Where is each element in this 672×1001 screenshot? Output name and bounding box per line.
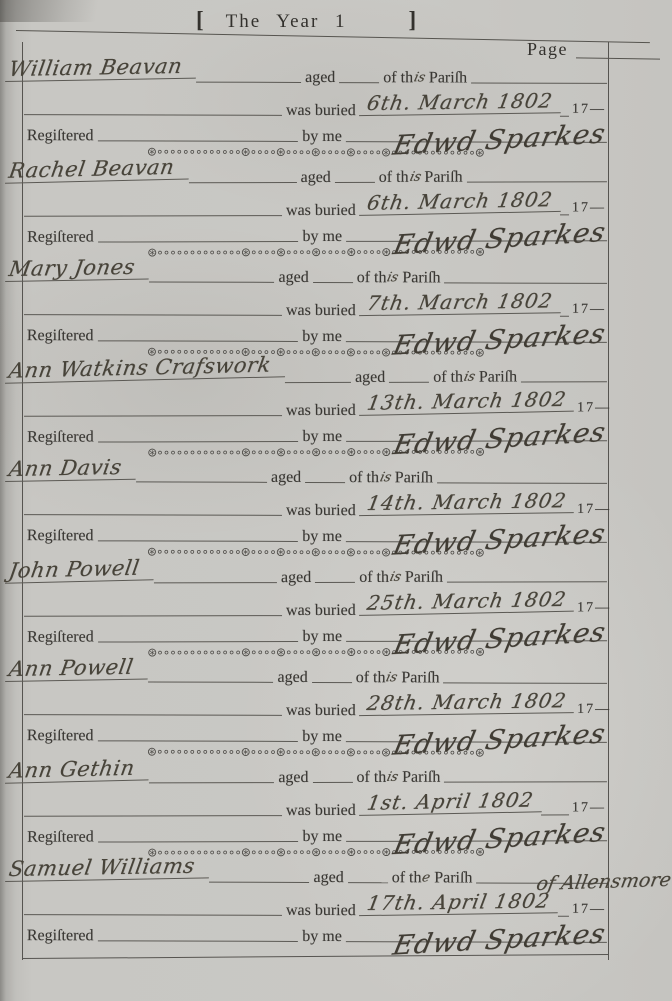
- rule-line: [98, 740, 299, 742]
- by-me-label: by me: [302, 528, 342, 546]
- rule-line: [98, 340, 299, 342]
- buried-row: was buried 6th. March 1802 17—: [23, 87, 608, 122]
- burial-entry: John Powell aged of th is Pariſh was bur…: [23, 553, 608, 654]
- name-handwritten: Ann Powell: [5, 655, 151, 683]
- name-row: Ann Gethin aged of th is Pariſh: [23, 753, 608, 788]
- th-suffix-handwritten: is: [385, 670, 400, 685]
- of-th-label: of th: [392, 869, 422, 887]
- was-buried-label: was buried: [286, 502, 356, 520]
- aged-blank-line: [315, 582, 355, 583]
- aged-label: aged: [278, 269, 308, 287]
- burial-date-handwritten: 28th. March 1802: [359, 688, 579, 716]
- rule-line: [98, 940, 299, 942]
- aged-blank-line: [313, 282, 353, 283]
- rule-line: [98, 140, 299, 142]
- by-me-label: by me: [302, 428, 342, 446]
- buried-row: was buried 7th. March 1802 17—: [23, 287, 608, 322]
- by-me-label: by me: [302, 128, 342, 146]
- parish-label: Pariſh: [479, 369, 517, 387]
- registered-label: Regiſtered: [27, 727, 94, 745]
- parish-blank-line: [471, 82, 607, 83]
- burial-date-handwritten: 6th. March 1802: [359, 88, 565, 116]
- name-handwritten: Mary Jones: [5, 254, 153, 282]
- parish-label: Pariſh: [402, 269, 440, 287]
- name-handwritten: William Beavan: [5, 54, 200, 82]
- buried-row: was buried 6th. March 1802 17—: [23, 187, 608, 221]
- by-me-label: by me: [302, 728, 342, 746]
- parish-blank-line: [437, 482, 607, 484]
- was-buried-label: was buried: [286, 802, 356, 820]
- th-suffix-handwritten: is: [412, 70, 427, 85]
- bottom-rule-line: [22, 954, 609, 959]
- th-suffix-handwritten: is: [388, 570, 403, 585]
- name-row: Ann Powell aged of th is Pariſh: [23, 653, 608, 689]
- burial-date-handwritten: 13th. March 1802: [359, 387, 578, 416]
- registered-label: Regiſtered: [27, 829, 94, 847]
- aged-blank-line: [312, 682, 352, 683]
- aged-blank-line: [348, 882, 388, 883]
- year-prefix-label: 17—: [572, 200, 606, 216]
- year-prefix-label: 17—: [577, 502, 611, 518]
- buried-row: was buried 17th. April 1802 17—: [23, 887, 608, 922]
- burial-entry: Ann Gethin aged of th is Pariſh was buri…: [23, 753, 608, 854]
- burial-entry: William Beavan aged of th is Pariſh was …: [23, 53, 608, 155]
- year-prefix-label: 17—: [577, 702, 611, 718]
- registered-label: Regiſtered: [27, 429, 94, 447]
- parish-label: Pariſh: [429, 69, 467, 87]
- register-form-box: William Beavan aged of th is Pariſh was …: [22, 42, 609, 960]
- rule-line: [136, 481, 267, 482]
- parish-blank-line: [447, 581, 607, 582]
- burial-entry: Ann Davis aged of th is Pariſh was burie…: [23, 453, 608, 555]
- was-buried-label: was buried: [286, 302, 356, 320]
- th-suffix-handwritten: is: [378, 470, 393, 485]
- name-row: Mary Jones aged of th is Pariſh: [23, 253, 608, 289]
- rule-line: [149, 782, 274, 783]
- entries: William Beavan aged of th is Pariſh was …: [23, 54, 608, 954]
- rule-line: [148, 681, 274, 682]
- of-th-label: of th: [356, 769, 386, 787]
- by-me-label: by me: [302, 328, 342, 346]
- rule-line: [98, 841, 299, 842]
- rule-line: [98, 241, 299, 242]
- aged-label: aged: [277, 669, 307, 687]
- name-row: Samuel Williams aged of th e Pariſh of A…: [23, 853, 608, 889]
- aged-label: aged: [281, 569, 311, 587]
- name-row: Rachel Beavan aged of th is Pariſh: [23, 153, 608, 188]
- registered-row: Regiſtered by me Edwd Sparkes: [23, 920, 608, 948]
- rule-line: [24, 415, 282, 417]
- of-th-label: of th: [349, 469, 379, 487]
- buried-row: was buried 1st. April 1802 17—: [23, 787, 608, 821]
- name-row: John Powell aged of th is Pariſh: [23, 553, 608, 588]
- aged-label: aged: [271, 469, 301, 487]
- burial-entry: Ann Watkins Crafswork aged of th is Pari…: [23, 353, 608, 454]
- rule-line: [24, 714, 282, 716]
- rule-line: [197, 82, 302, 83]
- by-me-label: by me: [302, 628, 342, 646]
- burial-entry: Ann Powell aged of th is Pariſh was buri…: [23, 653, 608, 755]
- of-th-label: of th: [383, 69, 413, 87]
- parish-label: Pariſh: [434, 869, 472, 887]
- was-buried-label: was buried: [286, 902, 356, 920]
- registered-row: Regiſtered by me Edwd Sparkes: [23, 220, 608, 247]
- year-prefix-label: 17—: [577, 400, 611, 416]
- burial-entry: Rachel Beavan aged of th is Pariſh was b…: [23, 153, 608, 254]
- year-title-line: [The Year 1]: [196, 7, 418, 33]
- registered-row: Regiſtered by me Edwd Sparkes: [23, 420, 608, 447]
- rule-line: [541, 814, 569, 815]
- was-buried-label: was buried: [286, 602, 356, 620]
- burial-date-handwritten: 1st. April 1802: [359, 787, 546, 816]
- name-row: Ann Watkins Crafswork aged of th is Pari…: [23, 353, 608, 388]
- scanned-register-page: [The Year 1] Page William Beavan aged of…: [0, 0, 672, 1001]
- was-buried-label: was buried: [286, 202, 356, 220]
- rule-line: [24, 615, 282, 617]
- of-th-label: of th: [357, 269, 387, 287]
- burial-date-handwritten: 14th. March 1802: [359, 488, 579, 516]
- rule-line: [24, 815, 282, 817]
- by-me-label: by me: [302, 928, 342, 946]
- rule-line: [24, 514, 282, 516]
- aged-label: aged: [305, 69, 335, 87]
- parish-blank-line: [444, 781, 607, 782]
- rule-line: [189, 182, 297, 183]
- th-suffix-handwritten: is: [462, 370, 477, 385]
- aged-label: aged: [301, 169, 331, 187]
- year-prefix-label: 17—: [572, 302, 606, 318]
- aged-blank-line: [389, 382, 429, 383]
- rule-line: [209, 882, 309, 883]
- year-prefix-label: 17—: [572, 102, 606, 118]
- rule-line: [24, 314, 282, 316]
- buried-row: was buried 28th. March 1802 17—: [23, 687, 608, 722]
- registered-row: Regiſtered by me Edwd Sparkes: [23, 120, 608, 148]
- registered-label: Regiſtered: [27, 127, 94, 145]
- th-suffix-handwritten: is: [385, 770, 400, 785]
- rule-line: [285, 382, 351, 383]
- th-suffix-handwritten: is: [386, 270, 401, 285]
- year-title: The Year 1: [226, 11, 347, 32]
- of-th-label: of th: [379, 169, 409, 187]
- registered-row: Regiſtered by me Edwd Sparkes: [23, 320, 608, 348]
- parish-label: Pariſh: [402, 769, 440, 787]
- of-th-label: of th: [359, 569, 389, 587]
- rule-line: [24, 914, 282, 916]
- buried-row: was buried 25th. March 1802 17—: [23, 587, 608, 621]
- name-handwritten: Samuel Williams: [5, 853, 213, 882]
- th-suffix-handwritten: is: [408, 170, 423, 185]
- was-buried-label: was buried: [286, 402, 356, 420]
- registered-row: Regiſtered by me Edwd Sparkes: [23, 720, 608, 748]
- parish-blank-line: [467, 181, 607, 182]
- rule-line: [149, 281, 274, 282]
- name-handwritten: Rachel Beavan: [5, 154, 192, 183]
- burial-date-handwritten: 25th. March 1802: [359, 587, 578, 616]
- scan-corner-shadow: [0, 0, 120, 22]
- registered-row: Regiſtered by me Edwd Sparkes: [23, 520, 608, 548]
- burial-entry: Samuel Williams aged of th e Pariſh of A…: [23, 853, 608, 955]
- parish-label: Pariſh: [405, 569, 443, 587]
- burial-date-handwritten: 17th. April 1802: [359, 888, 562, 916]
- th-suffix-handwritten: e: [421, 870, 432, 885]
- rule-line: [98, 441, 299, 442]
- by-me-label: by me: [302, 828, 342, 846]
- year-prefix-label: 17—: [572, 902, 606, 918]
- name-handwritten: Ann Gethin: [5, 755, 153, 783]
- was-buried-label: was buried: [286, 702, 356, 720]
- aged-label: aged: [278, 769, 308, 787]
- right-bracket: ]: [409, 7, 419, 32]
- parish-note-handwritten: of Allensmore: [534, 869, 672, 895]
- buried-row: was buried 13th. March 1802 17—: [23, 387, 608, 421]
- aged-blank-line: [313, 782, 353, 783]
- rule-line: [98, 540, 299, 542]
- name-row: Ann Davis aged of th is Pariſh: [23, 453, 608, 489]
- name-handwritten: John Powell: [5, 555, 157, 583]
- by-me-label: by me: [302, 228, 342, 246]
- registered-label: Regiſtered: [27, 927, 94, 945]
- rule-line: [560, 116, 569, 117]
- name-handwritten: Ann Davis: [5, 455, 140, 482]
- rule-line: [558, 916, 569, 917]
- name-handwritten: Ann Watkins Crafswork: [5, 352, 289, 384]
- aged-blank-line: [339, 82, 379, 83]
- burial-entry: Mary Jones aged of th is Pariſh was buri…: [23, 253, 608, 355]
- rule-line: [560, 316, 569, 317]
- registered-row: Regiſtered by me Edwd Sparkes: [23, 820, 608, 847]
- rule-line: [24, 215, 282, 217]
- parish-blank-line: [444, 682, 608, 684]
- aged-blank-line: [305, 482, 345, 483]
- aged-label: aged: [355, 369, 385, 387]
- registered-label: Regiſtered: [27, 629, 94, 647]
- of-th-label: of th: [356, 669, 386, 687]
- registered-label: Regiſtered: [27, 527, 94, 545]
- burial-date-handwritten: 7th. March 1802: [359, 288, 565, 316]
- parish-blank-line: [521, 381, 607, 382]
- of-th-label: of th: [433, 369, 463, 387]
- was-buried-label: was buried: [286, 102, 356, 120]
- rule-line: [154, 582, 277, 583]
- rule-line: [560, 214, 569, 215]
- burial-date-handwritten: 6th. March 1802: [359, 187, 565, 216]
- registered-label: Regiſtered: [27, 229, 94, 247]
- parish-label: Pariſh: [401, 669, 439, 687]
- registered-row: Regiſtered by me Edwd Sparkes: [23, 620, 608, 647]
- name-row: William Beavan aged of th is Pariſh: [23, 53, 608, 89]
- registered-label: Regiſtered: [27, 327, 94, 345]
- rule-line: [98, 641, 299, 642]
- rule-line: [24, 114, 282, 116]
- left-bracket: [: [196, 7, 206, 32]
- parish-blank-line: [445, 282, 608, 284]
- aged-label: aged: [314, 869, 344, 887]
- parish-label: Pariſh: [424, 169, 462, 187]
- aged-blank-line: [335, 182, 375, 183]
- year-prefix-label: 17—: [577, 600, 611, 616]
- buried-row: was buried 14th. March 1802 17—: [23, 487, 608, 522]
- parish-label: Pariſh: [395, 469, 433, 487]
- year-prefix-label: 17—: [572, 800, 606, 816]
